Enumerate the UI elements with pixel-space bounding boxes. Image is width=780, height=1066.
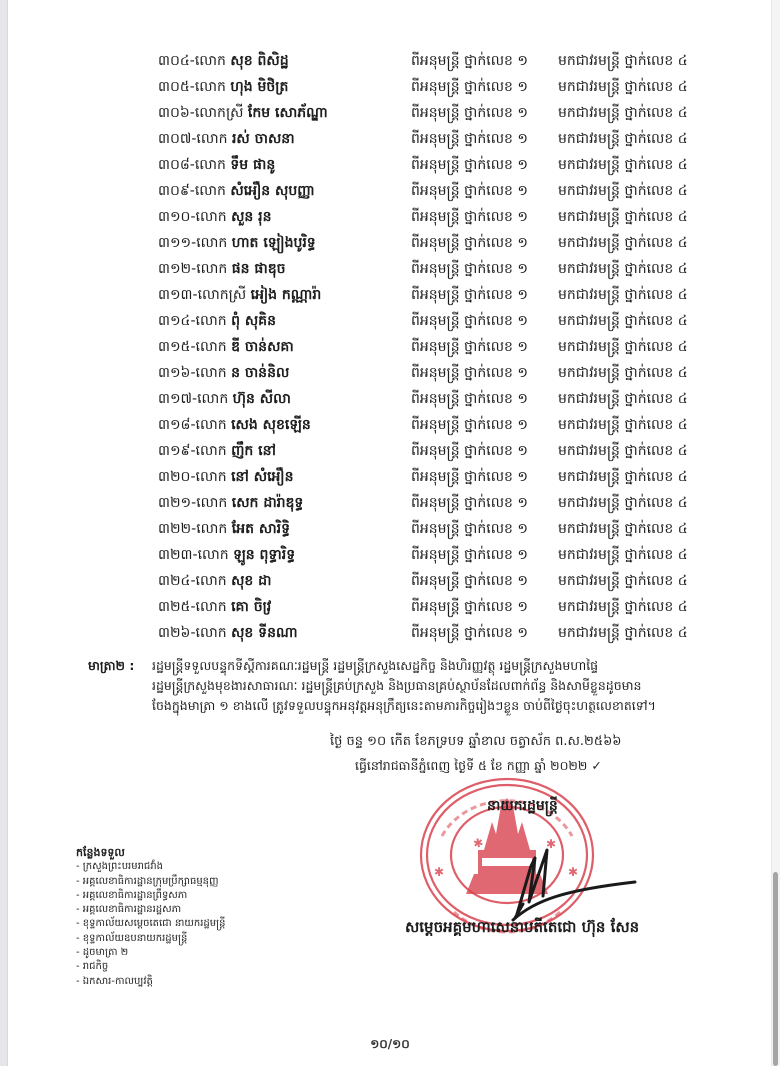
row-from-rank: ពីអនុមន្ត្រី ថ្នាក់លេខ ១ (411, 100, 528, 126)
row-number: ៣០៧- (158, 131, 196, 147)
row-person-name: ហាត ឡៀងបូរិទ្ធ (232, 235, 316, 251)
list-item: ៣១៦-លោក ន ចាន់និលពីអនុមន្ត្រី ថ្នាក់លេខ … (158, 360, 718, 386)
row-honorific: លោក (196, 339, 232, 355)
row-to-rank: មកជាវរមន្ត្រី ថ្នាក់លេខ ៤ (558, 542, 688, 568)
viewer-scrollbar-track[interactable] (771, 0, 780, 1066)
row-honorific: លោក (195, 157, 231, 173)
promotion-list: ៣០៤-លោក សុខ ពិសិដ្ឋពីអនុមន្ត្រី ថ្នាក់លេ… (158, 48, 718, 646)
row-honorific: លោក (196, 443, 232, 459)
row-number: ៣១៨- (158, 417, 196, 433)
row-person-name: ផន ផាឌុច (232, 261, 286, 277)
row-label: ៣២៣-លោក ឡូន ពុទ្ធារិទ្ធ (158, 542, 295, 568)
row-from-rank: ពីអនុមន្ត្រី ថ្នាក់លេខ ១ (411, 204, 528, 230)
row-label: ៣១៧-លោក ហ៊ុន សីលា (158, 386, 291, 412)
row-number: ៣២២- (158, 521, 196, 537)
row-from-rank: ពីអនុមន្ត្រី ថ្នាក់លេខ ១ (411, 516, 528, 542)
row-from-rank: ពីអនុមន្ត្រី ថ្នាក់លេខ ១ (411, 152, 528, 178)
recipient-item: - ខុទ្ទកាល័យសម្តេចតេជោ នាយករដ្ឋមន្ត្រី (76, 917, 225, 931)
row-from-rank: ពីអនុមន្ត្រី ថ្នាក់លេខ ១ (411, 256, 528, 282)
list-item: ៣១៤-លោក ពុំ សុគិនពីអនុមន្ត្រី ថ្នាក់លេខ … (158, 308, 718, 334)
article-2-line: ចែងក្នុងមាត្រា ១ ខាងលើ ត្រូវទទួលបន្ទុកអន… (152, 696, 728, 716)
row-honorific: លោក (197, 391, 233, 407)
row-to-rank: មកជាវរមន្ត្រី ថ្នាក់លេខ ៤ (558, 386, 688, 412)
row-to-rank: មកជាវរមន្ត្រី ថ្នាក់លេខ ៤ (558, 48, 688, 74)
article-2-body: រដ្ឋមន្ត្រីទទួលបន្ទុកទីស្តីការគណៈរដ្ឋមន្… (152, 656, 728, 716)
row-number: ៣១៥- (158, 339, 196, 355)
row-from-rank: ពីអនុមន្ត្រី ថ្នាក់លេខ ១ (411, 74, 528, 100)
row-label: ៣១៩-លោក ញឹក នៅ (158, 438, 276, 464)
row-honorific: លោក (195, 53, 231, 69)
row-number: ៣១២- (158, 261, 196, 277)
row-from-rank: ពីអនុមន្ត្រី ថ្នាក់លេខ ១ (411, 126, 528, 152)
list-item: ៣២២-លោក អែត សារិទ្ធិពីអនុមន្ត្រី ថ្នាក់ល… (158, 516, 718, 542)
row-from-rank: ពីអនុមន្ត្រី ថ្នាក់លេខ ១ (411, 360, 528, 386)
row-number: ៣១៦- (158, 365, 196, 381)
row-person-name: ន ចាន់និល (231, 365, 289, 381)
list-item: ៣០៧-លោក រស់ ចាសនាពីអនុមន្ត្រី ថ្នាក់លេខ … (158, 126, 718, 152)
row-label: ៣១៥-លោក ឌី ចាន់សគា (158, 334, 294, 360)
row-honorific: លោក (196, 599, 232, 615)
row-to-rank: មកជាវរមន្ត្រី ថ្នាក់លេខ ៤ (558, 152, 688, 178)
row-number: ៣១៣- (158, 287, 198, 303)
row-label: ៣០៨-លោក ទឹម ផានូ (158, 152, 275, 178)
row-person-name: សុខ ដា (231, 573, 271, 589)
row-to-rank: មកជាវរមន្ត្រី ថ្នាក់លេខ ៤ (558, 126, 688, 152)
row-from-rank: ពីអនុមន្ត្រី ថ្នាក់លេខ ១ (411, 386, 528, 412)
article-2: មាត្រា២ : រដ្ឋមន្ត្រីទទួលបន្ទុកទីស្តីការ… (88, 656, 728, 716)
row-label: ៣០៧-លោក រស់ ចាសនា (158, 126, 295, 152)
row-number: ៣១១- (158, 235, 196, 251)
row-to-rank: មកជាវរមន្ត្រី ថ្នាក់លេខ ៤ (558, 594, 688, 620)
row-person-name: កែម សោភ័ណ្ឌា (248, 105, 328, 121)
row-from-rank: ពីអនុមន្ត្រី ថ្នាក់លេខ ១ (411, 568, 528, 594)
row-to-rank: មកជាវរមន្ត្រី ថ្នាក់លេខ ៤ (558, 438, 688, 464)
row-label: ៣១១-លោក ហាត ឡៀងបូរិទ្ធ (158, 230, 316, 256)
row-number: ៣២៣- (158, 547, 198, 563)
solar-date-text: ធ្វើនៅរាជធានីភ្នំពេញ ថ្ងៃទី ៥ ខែ កញ្ញា ឆ… (355, 758, 587, 773)
recipient-item: - ដូចមាត្រា ២ (76, 946, 225, 960)
row-number: ៣១០- (158, 209, 196, 225)
list-item: ៣២៣-លោក ឡូន ពុទ្ធារិទ្ធពីអនុមន្ត្រី ថ្នា… (158, 542, 718, 568)
row-from-rank: ពីអនុមន្ត្រី ថ្នាក់លេខ ១ (411, 334, 528, 360)
row-person-name: ឌី ចាន់សគា (231, 339, 294, 355)
row-from-rank: ពីអនុមន្ត្រី ថ្នាក់លេខ ១ (411, 178, 528, 204)
row-to-rank: មកជាវរមន្ត្រី ថ្នាក់លេខ ៤ (558, 490, 688, 516)
lunar-date: ថ្ងៃ ចន្ទ ១០ កើត ខែភទ្របទ ឆ្នាំខាល ចត្វា… (330, 733, 621, 752)
row-label: ៣០៥-លោក ហុង មិថិត្រ (158, 74, 288, 100)
row-from-rank: ពីអនុមន្ត្រី ថ្នាក់លេខ ១ (411, 464, 528, 490)
list-item: ៣០៥-លោក ហុង មិថិត្រពីអនុមន្ត្រី ថ្នាក់លេ… (158, 74, 718, 100)
row-from-rank: ពីអនុមន្ត្រី ថ្នាក់លេខ ១ (411, 48, 528, 74)
row-from-rank: ពីអនុមន្ត្រី ថ្នាក់លេខ ១ (411, 542, 528, 568)
row-label: ៣០៦-លោកស្រី កែម សោភ័ណ្ឌា (158, 100, 328, 126)
list-item: ៣១៣-លោកស្រី អៀង កណ្ណារ៉ាពីអនុមន្ត្រី ថ្ន… (158, 282, 718, 308)
row-honorific: លោកស្រី (198, 287, 251, 303)
row-number: ៣២០- (158, 469, 196, 485)
row-person-name: សួន រុន (231, 209, 271, 225)
row-person-name: សេង សុខឡើន (231, 417, 311, 433)
list-item: ៣២៤-លោក សុខ ដាពីអនុមន្ត្រី ថ្នាក់លេខ ១មក… (158, 568, 718, 594)
row-to-rank: មកជាវរមន្ត្រី ថ្នាក់លេខ ៤ (558, 412, 688, 438)
list-item: ៣០៨-លោក ទឹម ផានូពីអនុមន្ត្រី ថ្នាក់លេខ ១… (158, 152, 718, 178)
row-to-rank: មកជាវរមន្ត្រី ថ្នាក់លេខ ៤ (558, 620, 688, 646)
row-honorific: លោក (196, 235, 232, 251)
row-from-rank: ពីអនុមន្ត្រី ថ្នាក់លេខ ១ (411, 230, 528, 256)
row-person-name: ពុំ សុគិន (231, 313, 276, 329)
list-item: ៣០៩-លោក សំអឿន សុបញ្ញាពីអនុមន្ត្រី ថ្នាក់… (158, 178, 718, 204)
recipient-item: - រាជកិច្ច (76, 960, 225, 974)
row-to-rank: មកជាវរមន្ត្រី ថ្នាក់លេខ ៤ (558, 464, 688, 490)
row-person-name: សុខ ពិសិដ្ឋ (230, 53, 288, 69)
row-label: ៣១៦-លោក ន ចាន់និល (158, 360, 289, 386)
row-number: ៣០៩- (158, 183, 195, 199)
row-number: ៣២៥- (158, 599, 196, 615)
row-honorific: លោក (196, 131, 232, 147)
row-person-name: ឡូន ពុទ្ធារិទ្ធ (233, 547, 295, 563)
row-from-rank: ពីអនុមន្ត្រី ថ្នាក់លេខ ១ (411, 490, 528, 516)
check-mark-icon: ✓ (591, 758, 601, 773)
row-to-rank: មកជាវរមន្ត្រី ថ្នាក់លេខ ៤ (558, 360, 688, 386)
row-honorific: លោក (196, 521, 232, 537)
row-label: ៣២០-លោក នៅ សំអឿន (158, 464, 293, 490)
row-to-rank: មកជាវរមន្ត្រី ថ្នាក់លេខ ៤ (558, 204, 688, 230)
row-number: ៣០៤- (158, 53, 195, 69)
row-person-name: អៀង កណ្ណារ៉ា (251, 287, 322, 303)
row-person-name: នៅ សំអឿន (231, 469, 293, 485)
list-item: ៣១៩-លោក ញឹក នៅពីអនុមន្ត្រី ថ្នាក់លេខ ១មក… (158, 438, 718, 464)
recipient-item: - ឯកសារ-កាលប្បវត្តិ (76, 975, 225, 989)
row-person-name: ទឹម ផានូ (230, 157, 275, 173)
list-item: ៣០៦-លោកស្រី កែម សោភ័ណ្ឌាពីអនុមន្ត្រី ថ្ន… (158, 100, 718, 126)
list-item: ៣១១-លោក ហាត ឡៀងបូរិទ្ធពីអនុមន្ត្រី ថ្នាក… (158, 230, 718, 256)
row-person-name: ហ៊ុន សីលា (233, 391, 291, 407)
row-label: ៣១៨-លោក សេង សុខឡើន (158, 412, 311, 438)
recipient-item: - អគ្គលេខាធិការដ្ឋានព្រឹទ្ធសភា (76, 889, 225, 903)
row-number: ៣២៤- (158, 573, 196, 589)
row-number: ៣០៦- (158, 105, 195, 121)
row-honorific: លោក (196, 365, 232, 381)
row-number: ៣០៥- (158, 79, 195, 95)
row-honorific: លោកស្រី (195, 105, 248, 121)
row-person-name: អែត សារិទ្ធិ (232, 521, 290, 537)
row-from-rank: ពីអនុមន្ត្រី ថ្នាក់លេខ ១ (411, 620, 528, 646)
article-2-label: មាត្រា២ : (88, 656, 134, 676)
row-label: ៣២៦-លោក សុខ ទីនណា (158, 620, 298, 646)
row-person-name: សេក ដារ៉ាឌុទ្ធ (232, 495, 304, 511)
row-honorific: លោក (196, 313, 232, 329)
row-honorific: លោក (196, 625, 232, 641)
signatory-name: សម្តេចអគ្គមហាសេនាបតីតេជោ ហ៊ុន សែន (405, 918, 639, 940)
row-label: ៣០៩-លោក សំអឿន សុបញ្ញា (158, 178, 315, 204)
row-person-name: ញឹក នៅ (231, 443, 276, 459)
row-from-rank: ពីអនុមន្ត្រី ថ្នាក់លេខ ១ (411, 282, 528, 308)
svg-text:✱: ✱ (472, 835, 484, 851)
recipient-item: - អគ្គលេខាធិការដ្ឋានរដ្ឋសភា (76, 903, 225, 917)
row-honorific: លោក (198, 547, 234, 563)
signatory-title: នាយករដ្ឋមន្ត្រី (487, 796, 558, 817)
row-honorific: លោក (196, 573, 232, 589)
handwritten-signature-icon (495, 830, 645, 930)
row-label: ៣២២-លោក អែត សារិទ្ធិ (158, 516, 290, 542)
row-to-rank: មកជាវរមន្ត្រី ថ្នាក់លេខ ៤ (558, 178, 688, 204)
row-to-rank: មកជាវរមន្ត្រី ថ្នាក់លេខ ៤ (558, 74, 688, 100)
list-item: ៣០៤-លោក សុខ ពិសិដ្ឋពីអនុមន្ត្រី ថ្នាក់លេ… (158, 48, 718, 74)
row-honorific: លោក (195, 183, 231, 199)
row-number: ៣១៩- (158, 443, 196, 459)
list-item: ៣២០-លោក នៅ សំអឿនពីអនុមន្ត្រី ថ្នាក់លេខ ១… (158, 464, 718, 490)
row-from-rank: ពីអនុមន្ត្រី ថ្នាក់លេខ ១ (411, 438, 528, 464)
row-to-rank: មកជាវរមន្ត្រី ថ្នាក់លេខ ៤ (558, 516, 688, 542)
row-label: ៣១២-លោក ផន ផាឌុច (158, 256, 286, 282)
recipient-item: - ក្រសួងព្រះបរមរាជវាំង (76, 860, 225, 874)
row-from-rank: ពីអនុមន្ត្រី ថ្នាក់លេខ ១ (411, 412, 528, 438)
svg-text:✱: ✱ (434, 865, 444, 879)
row-to-rank: មកជាវរមន្ត្រី ថ្នាក់លេខ ៤ (558, 230, 688, 256)
row-person-name: រស់ ចាសនា (232, 131, 295, 147)
solar-date: ធ្វើនៅរាជធានីភ្នំពេញ ថ្ងៃទី ៥ ខែ កញ្ញា ឆ… (355, 758, 602, 777)
row-person-name: សុខ ទីនណា (231, 625, 297, 641)
row-person-name: សំអឿន សុបញ្ញា (230, 183, 314, 199)
list-item: ៣២១-លោក សេក ដារ៉ាឌុទ្ធពីអនុមន្ត្រី ថ្នាក… (158, 490, 718, 516)
recipients-list: កន្លែងទទួល - ក្រសួងព្រះបរមរាជវាំង- អគ្គល… (76, 846, 225, 989)
row-from-rank: ពីអនុមន្ត្រី ថ្នាក់លេខ ១ (411, 594, 528, 620)
row-number: ៣១៧- (158, 391, 197, 407)
row-to-rank: មកជាវរមន្ត្រី ថ្នាក់លេខ ៤ (558, 308, 688, 334)
recipient-item: - ខុទ្ទកាល័យឧបនាយករដ្ឋមន្ត្រី (76, 932, 225, 946)
row-honorific: លោក (196, 469, 232, 485)
row-label: ៣០៤-លោក សុខ ពិសិដ្ឋ (158, 48, 289, 74)
row-from-rank: ពីអនុមន្ត្រី ថ្នាក់លេខ ១ (411, 308, 528, 334)
row-honorific: លោក (195, 79, 231, 95)
row-number: ៣០៨- (158, 157, 195, 173)
row-number: ៣២១- (158, 495, 196, 511)
list-item: ៣១២-លោក ផន ផាឌុចពីអនុមន្ត្រី ថ្នាក់លេខ ១… (158, 256, 718, 282)
list-item: ៣២៥-លោក គោ ចិវ្រពីអនុមន្ត្រី ថ្នាក់លេខ ១… (158, 594, 718, 620)
recipient-item: - អគ្គលេខាធិការដ្ឋានក្រុមប្រឹក្សាធម្មនុញ… (76, 875, 225, 889)
row-honorific: លោក (196, 495, 232, 511)
article-2-line: រដ្ឋមន្ត្រីទទួលបន្ទុកទីស្តីការគណៈរដ្ឋមន្… (152, 656, 728, 676)
row-honorific: លោក (196, 261, 232, 277)
row-number: ៣១៤- (158, 313, 196, 329)
list-item: ៣១៧-លោក ហ៊ុន សីលាពីអនុមន្ត្រី ថ្នាក់លេខ … (158, 386, 718, 412)
row-to-rank: មកជាវរមន្ត្រី ថ្នាក់លេខ ៤ (558, 256, 688, 282)
row-honorific: លោក (196, 209, 232, 225)
row-to-rank: មកជាវរមន្ត្រី ថ្នាក់លេខ ៤ (558, 568, 688, 594)
list-item: ៣១០-លោក សួន រុនពីអនុមន្ត្រី ថ្នាក់លេខ ១ម… (158, 204, 718, 230)
recipients-title: កន្លែងទទួល (76, 846, 225, 860)
list-item: ៣២៦-លោក សុខ ទីនណាពីអនុមន្ត្រី ថ្នាក់លេខ … (158, 620, 718, 646)
viewer-left-border (0, 0, 8, 1066)
row-to-rank: មកជាវរមន្ត្រី ថ្នាក់លេខ ៤ (558, 100, 688, 126)
row-person-name: ហុង មិថិត្រ (230, 79, 288, 95)
row-label: ៣២៤-លោក សុខ ដា (158, 568, 272, 594)
article-2-line: រដ្ឋមន្ត្រីក្រសួងមុខងារសាធារណៈ រដ្ឋមន្ត្… (152, 676, 728, 696)
row-label: ៣២៥-លោក គោ ចិវ្រ (158, 594, 271, 620)
page-number: ១០/១០ (0, 1036, 780, 1054)
row-label: ៣១៤-លោក ពុំ សុគិន (158, 308, 276, 334)
row-label: ៣២១-លោក សេក ដារ៉ាឌុទ្ធ (158, 490, 303, 516)
row-person-name: គោ ចិវ្រ (231, 599, 271, 615)
row-label: ៣១០-លោក សួន រុន (158, 204, 272, 230)
row-to-rank: មកជាវរមន្ត្រី ថ្នាក់លេខ ៤ (558, 334, 688, 360)
row-honorific: លោក (196, 417, 232, 433)
row-to-rank: មកជាវរមន្ត្រី ថ្នាក់លេខ ៤ (558, 282, 688, 308)
row-label: ៣១៣-លោកស្រី អៀង កណ្ណារ៉ា (158, 282, 321, 308)
list-item: ៣១៥-លោក ឌី ចាន់សគាពីអនុមន្ត្រី ថ្នាក់លេខ… (158, 334, 718, 360)
list-item: ៣១៨-លោក សេង សុខឡើនពីអនុមន្ត្រី ថ្នាក់លេខ… (158, 412, 718, 438)
row-number: ៣២៦- (158, 625, 196, 641)
